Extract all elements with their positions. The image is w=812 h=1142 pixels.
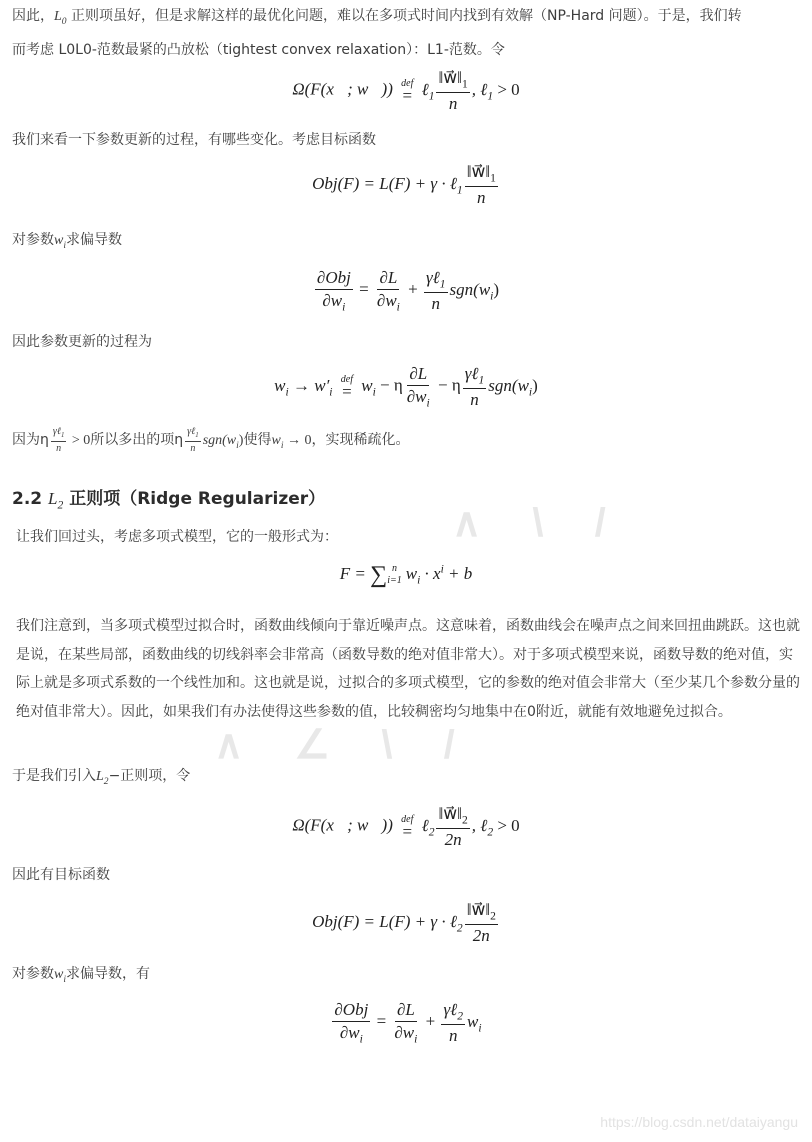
- paragraph-objective-l2: 因此有目标函数: [12, 861, 800, 889]
- paragraph-introduce-l2: 于是我们引入L2−正则项，令: [12, 762, 800, 796]
- equation-objective-l2: Obj(F) = L(F) + γ · ℓ2‖w⃗‖22n: [0, 900, 812, 945]
- equation-l2-regularizer: Ω(F(x⃗; w⃗)) def= ℓ2‖w⃗‖22n, ℓ2 > 0: [0, 804, 812, 849]
- paragraph-partial-derivative-l2: 对参数wi求偏导数，有: [12, 960, 800, 994]
- l0-symbol: L0: [54, 9, 67, 24]
- paragraph-update-process: 因此参数更新的过程为: [12, 328, 800, 356]
- equation-gradient-l1: ∂Obj∂wi = ∂L∂wi + γℓ1nsgn(wi): [0, 268, 812, 313]
- intro-line-2: 而考虑 L0L0-范数最紧的凸放松（tightest convex relaxa…: [12, 36, 800, 64]
- equation-polynomial: F = ∑ni=1wi · xi + b: [0, 562, 812, 589]
- intro-paragraph: 因此，L0 正则项虽好，但是求解这样的最优化问题，难以在多项式时间内找到有效解（…: [12, 2, 800, 64]
- paragraph-partial-derivative: 对参数wi求偏导数: [12, 226, 800, 260]
- source-watermark: https://blog.csdn.net/dataiyangu: [600, 1114, 798, 1130]
- intro-text: 因此，: [12, 8, 54, 24]
- equation-update-rule-l1: wi → w′i def= wi − η∂L∂wi − ηγℓ1nsgn(wi): [0, 364, 812, 409]
- paragraph-polynomial-model: 让我们回过头，考虑多项式模型，它的一般形式为：: [16, 523, 800, 551]
- intro-text: 正则项虽好，但是求解这样的最优化问题，难以在多项式时间内找到有效解（NP-Har…: [67, 8, 742, 24]
- equation-l1-regularizer: Ω(F(x⃗; w⃗)) def= ℓ1‖w⃗‖1n, ℓ1 > 0: [0, 68, 812, 113]
- equation-objective-l1: Obj(F) = L(F) + γ · ℓ1‖w⃗‖1n: [0, 162, 812, 207]
- intro-line-1: 因此，L0 正则项虽好，但是求解这样的最优化问题，难以在多项式时间内找到有效解（…: [12, 2, 800, 36]
- paragraph-update-intro: 我们来看一下参数更新的过程，有哪些变化。考虑目标函数: [12, 126, 800, 154]
- section-heading-l2: 2.2 L2 正则项（Ridge Regularizer）: [12, 485, 325, 519]
- paragraph-sparsity: 因为ηγℓ1n > 0所以多出的项ηγℓ1nsgn(wi)使得wi → 0，实现…: [12, 426, 800, 460]
- equation-gradient-l2: ∂Obj∂wi = ∂L∂wi + γℓ2nwi: [0, 1000, 812, 1045]
- paragraph-overfitting: 我们注意到，当多项式模型过拟合时，函数曲线倾向于靠近噪声点。这意味着，函数曲线会…: [16, 612, 800, 726]
